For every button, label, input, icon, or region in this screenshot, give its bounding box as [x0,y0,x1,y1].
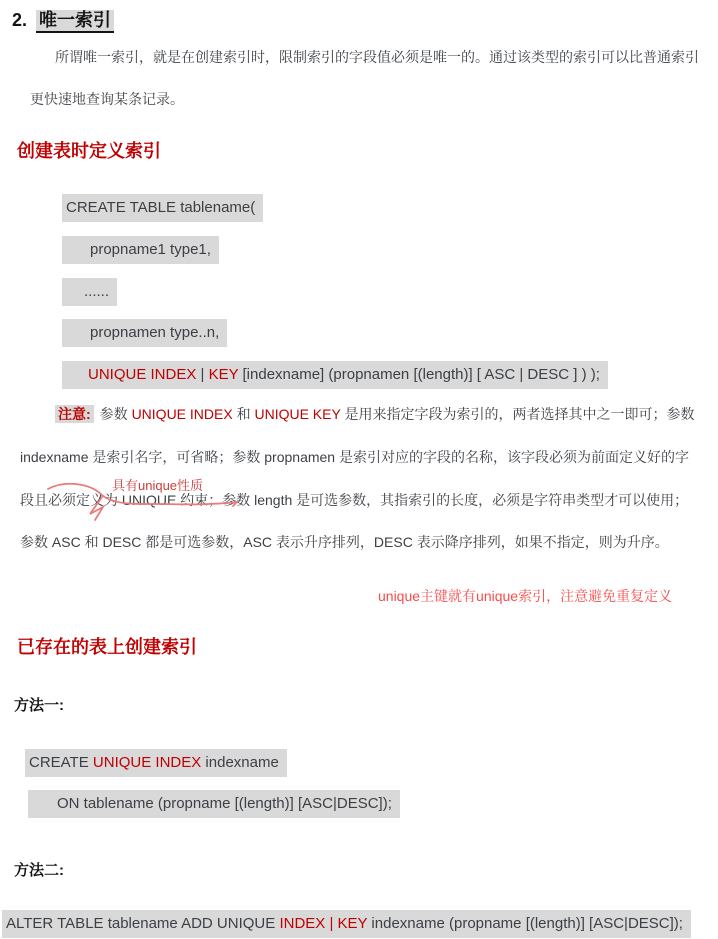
note-label: 注意: [55,405,94,423]
code-line-unique-index: UNIQUE INDEX | KEY [indexname] (propname… [62,361,608,389]
title-number: 2. [12,10,27,30]
intro-paragraph-line-1: 所谓唯一索引，就是在创建索引时，限制索引的字段值必须是唯一的。通过该类型的索引可… [55,47,699,67]
strikethrough-annotation-mark-icon [40,474,250,526]
code-line-propnamen: propnamen type..n, [62,319,227,347]
code-text-alter: ALTER TABLE tablename ADD UNIQUE [6,915,279,932]
note-keyword-unique-index: UNIQUE INDEX [132,406,233,422]
keyword-index-key-m2: INDEX | KEY [279,915,367,932]
keyword-unique-index-m1: UNIQUE INDEX [93,754,201,771]
code-text-alter-rest: indexname (propname [(length)] [ASC|DESC… [367,915,683,932]
code-line-ellipsis: ...... [62,278,117,306]
document-page: 2.唯一索引 所谓唯一索引，就是在创建索引时，限制索引的字段值必须是唯一的。通过… [0,0,718,939]
code-text-indexname: indexname [201,754,279,771]
note-paragraph-line-4: 参数 ASC 和 DESC 都是可选参数，ASC 表示升序排列，DESC 表示降… [20,532,669,552]
note-keyword-unique-key: UNIQUE KEY [254,406,340,422]
note-paragraph-line-2: indexname 是索引名字，可省略；参数 propnamen 是索引对应的字… [20,447,689,467]
page-title: 2.唯一索引 [12,6,114,32]
intro-paragraph-line-2: 更快速地查询某条记录。 [30,89,184,109]
heading-create-table-index: 创建表时定义索引 [17,137,161,163]
code-line-propname1: propname1 type1, [62,236,219,264]
code-line-unique-rest: [indexname] (propnamen [(length)] [ ASC … [238,366,600,383]
code-pipe-separator: | [196,366,208,383]
note-paragraph-line-1: 注意:参数 UNIQUE INDEX 和 UNIQUE KEY 是用来指定字段为… [55,404,694,424]
code-line-create-table: CREATE TABLE tablename( [62,194,263,222]
code-text-create: CREATE [29,754,93,771]
title-highlighted-text: 唯一索引 [36,10,114,33]
code-line-alter-table: ALTER TABLE tablename ADD UNIQUE INDEX |… [2,910,691,938]
method-2-label: 方法二: [14,859,64,880]
keyword-key: KEY [209,366,239,383]
margin-note-unique-warning: unique主键就有unique索引，注意避免重复定义 [378,586,672,606]
note-text-c: 是用来指定字段为索引的，两者选择其中之一即可；参数 [341,406,695,422]
heading-existing-table-index: 已存在的表上创建索引 [17,633,197,659]
note-text-b: 和 [233,406,255,422]
method-1-label: 方法一: [14,694,64,715]
keyword-unique-index: UNIQUE INDEX [88,366,196,383]
code-line-create-unique-index: CREATE UNIQUE INDEX indexname [25,749,287,777]
code-line-on-tablename: ON tablename (propname [(length)] [ASC|D… [28,790,400,818]
note-text-a: 参数 [100,406,132,422]
